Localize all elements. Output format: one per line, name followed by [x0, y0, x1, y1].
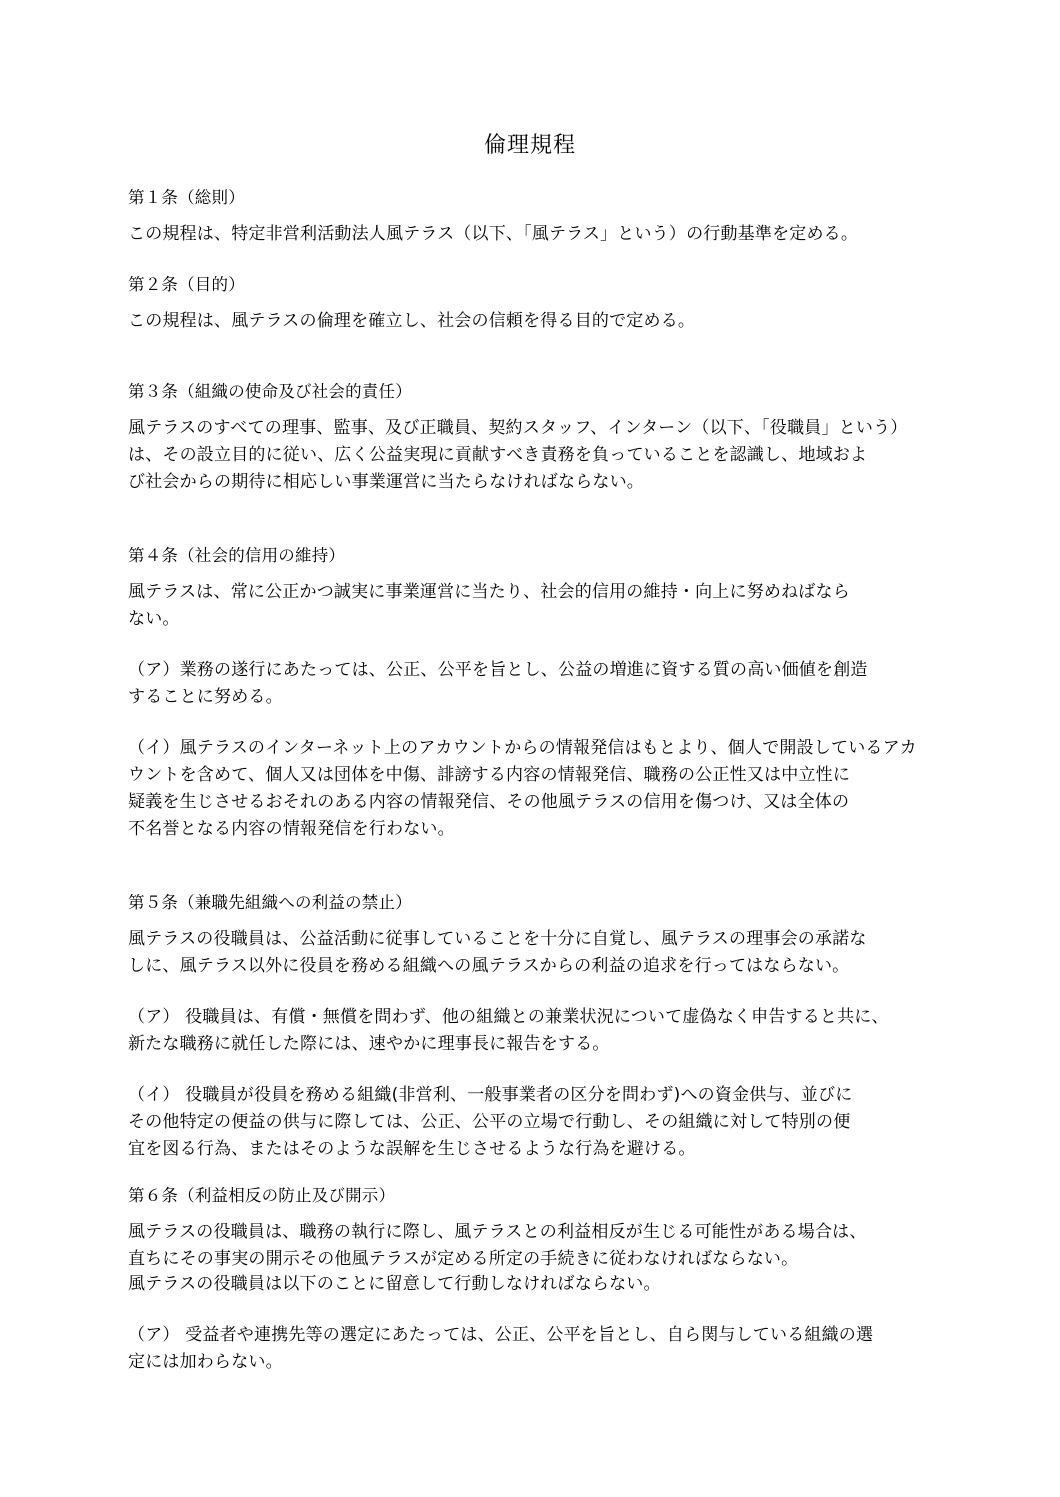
article-5-item-i-line: （イ） 役職員が役員を務める組織(非営利、一般事業者の区分を問わず)への資金供与…: [128, 1083, 852, 1107]
article-3-text-line: 風テラスのすべての理事、監事、及び正職員、契約スタッフ、インターン（以下、「役職…: [128, 416, 907, 440]
article-5-item-a-line: （ア） 役職員は、有償・無償を問わず、他の組織との兼業状況について虚偽なく申告す…: [128, 1005, 889, 1029]
article-3-text-line: び社会からの期待に相応しい事業運営に当たらなければならない。: [128, 470, 644, 494]
article-6-item-a-line: （ア） 受益者や連携先等の選定にあたっては、公正、公平を旨とし、自ら関与している…: [128, 1323, 873, 1347]
article-4-item-i-line: （イ）風テラスのインターネット上のアカウントからの情報発信はもとより、個人で開設…: [128, 736, 917, 760]
article-4-item-i-line: 不名誉となる内容の情報発信を行わない。: [128, 817, 455, 841]
article-5-text-line: しに、風テラス以外に役員を務める組織への風テラスからの利益の追求を行ってはならな…: [128, 954, 849, 978]
article-4-item-i-line: 疑義を生じさせるおそれのある内容の情報発信、その他風テラスの信用を傷つけ、又は全…: [128, 790, 849, 814]
article-1-heading: 第１条（総則）: [128, 186, 245, 210]
article-5-item-i-line: 宜を図る行為、またはそのような誤解を生じさせるような行為を避ける。: [128, 1137, 696, 1161]
article-1-text-line: この規程は、特定非営利活動法人風テラス（以下、「風テラス」という）の行動基準を定…: [128, 222, 858, 246]
article-3-heading: 第３条（組織の使命及び社会的責任）: [128, 380, 412, 404]
article-4-text-line: ない。: [128, 607, 180, 631]
article-2-heading: 第２条（目的）: [128, 273, 245, 297]
article-5-heading: 第５条（兼職先組織への利益の禁止）: [128, 891, 412, 915]
document-title: 倫理規程: [0, 128, 1060, 159]
article-6-item-a-line: 定には加わらない。: [128, 1350, 283, 1374]
article-6-text-line: 風テラスの役職員は以下のことに留意して行動しなければならない。: [128, 1272, 661, 1296]
article-6-text-line: 直ちにその事実の開示その他風テラスが定める所定の手続きに従わなければならない。: [128, 1247, 798, 1271]
document-page: 倫理規程 第１条（総則） この規程は、特定非営利活動法人風テラス（以下、「風テラ…: [0, 0, 1060, 1497]
article-5-text-line: 風テラスの役職員は、公益活動に従事していることを十分に自覚し、風テラスの理事会の…: [128, 927, 867, 951]
article-3-text-line: は、その設立目的に従い、広く公益実現に貢献すべき責務を負っていることを認識し、地…: [128, 443, 867, 467]
article-6-heading: 第６条（利益相反の防止及び開示）: [128, 1184, 395, 1208]
article-4-item-i-line: ウントを含めて、個人又は団体を中傷、誹謗する内容の情報発信、職務の公正性又は中立…: [128, 763, 850, 787]
article-5-item-i-line: その他特定の便益の供与に際しては、公正、公平の立場で行動し、その組織に対して特別…: [128, 1110, 850, 1134]
article-4-item-a-line: することに努める。: [128, 685, 283, 709]
article-5-item-a-line: 新たな職務に就任した際には、速やかに理事長に報告をする。: [128, 1032, 610, 1056]
article-4-heading: 第４条（社会的信用の維持）: [128, 544, 345, 568]
article-4-text-line: 風テラスは、常に公正かつ誠実に事業運営に当たり、社会的信用の維持・向上に努めねば…: [128, 580, 850, 604]
article-6-text-line: 風テラスの役職員は、職務の執行に際し、風テラスとの利益相反が生じる可能性がある場…: [128, 1220, 867, 1244]
article-4-item-a-line: （ア）業務の遂行にあたっては、公正、公平を旨とし、公益の増進に資する質の高い価値…: [128, 658, 868, 682]
article-2-text-line: この規程は、風テラスの倫理を確立し、社会の信頼を得る目的で定める。: [128, 309, 695, 333]
